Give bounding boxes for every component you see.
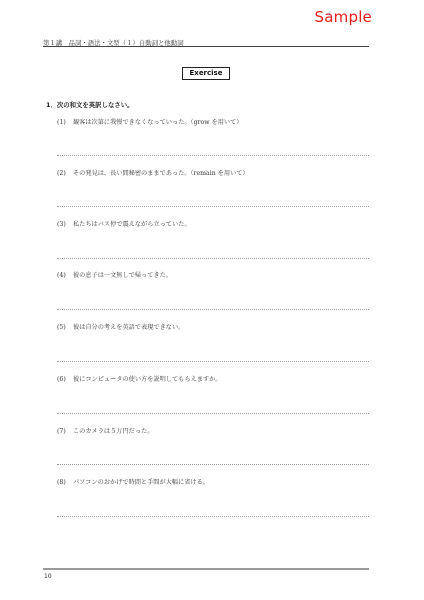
exercise-item-5: (5) 彼は自分の考えを英語で表現できない。: [57, 322, 184, 331]
item-number: (1): [57, 119, 71, 126]
item-text: 彼の息子は一文無しで帰ってきた。: [73, 272, 172, 279]
answer-line-6[interactable]: [57, 413, 369, 414]
item-text: このカメラは５万円だった。: [73, 428, 153, 435]
item-text: その発見は、長い間秘密のままであった。（remain を用いて）: [73, 170, 249, 177]
exercise-item-3: (3) 私たちはバス停で震えながら立っていた。: [57, 219, 191, 228]
exercise-item-8: (8) パソコンのおかげで時間と手間が大幅に省ける。: [57, 477, 209, 486]
item-number: (2): [57, 170, 71, 177]
answer-line-5[interactable]: [57, 361, 369, 362]
answer-line-8[interactable]: [57, 516, 369, 517]
item-number: (8): [57, 479, 71, 486]
sample-watermark: Sample: [315, 8, 372, 26]
footer-divider: [43, 568, 369, 570]
answer-line-1[interactable]: [57, 155, 369, 156]
exercise-item-6: (6) 彼にコンピュータの使い方を説明してもらえますか。: [57, 374, 221, 383]
answer-line-7[interactable]: [57, 464, 369, 465]
section-instruction: 1．次の和文を英訳しなさい。: [46, 100, 134, 109]
exercise-label: Exercise: [182, 67, 230, 80]
item-number: (5): [57, 324, 71, 331]
item-text: 観客は次第に我慢できなくなっていった。（grow を用いて）: [73, 119, 243, 126]
item-number: (3): [57, 221, 71, 228]
item-text: パソコンのおかげで時間と手間が大幅に省ける。: [73, 479, 209, 486]
answer-line-4[interactable]: [57, 309, 369, 310]
page-number: 10: [44, 573, 52, 580]
exercise-item-1: (1) 観客は次第に我慢できなくなっていった。（grow を用いて）: [57, 117, 242, 126]
header-divider: [43, 46, 369, 47]
item-text: 彼は自分の考えを英語で表現できない。: [73, 324, 184, 331]
exercise-item-7: (7) このカメラは５万円だった。: [57, 426, 153, 435]
answer-line-3[interactable]: [57, 258, 369, 259]
exercise-item-4: (4) 彼の息子は一文無しで帰ってきた。: [57, 270, 172, 279]
item-text: 彼にコンピュータの使い方を説明してもらえますか。: [73, 376, 222, 383]
item-number: (4): [57, 272, 71, 279]
item-number: (6): [57, 376, 71, 383]
item-text: 私たちはバス停で震えながら立っていた。: [73, 221, 191, 228]
answer-line-2[interactable]: [57, 206, 369, 207]
item-number: (7): [57, 428, 71, 435]
exercise-item-2: (2) その発見は、長い間秘密のままであった。（remain を用いて）: [57, 168, 249, 177]
